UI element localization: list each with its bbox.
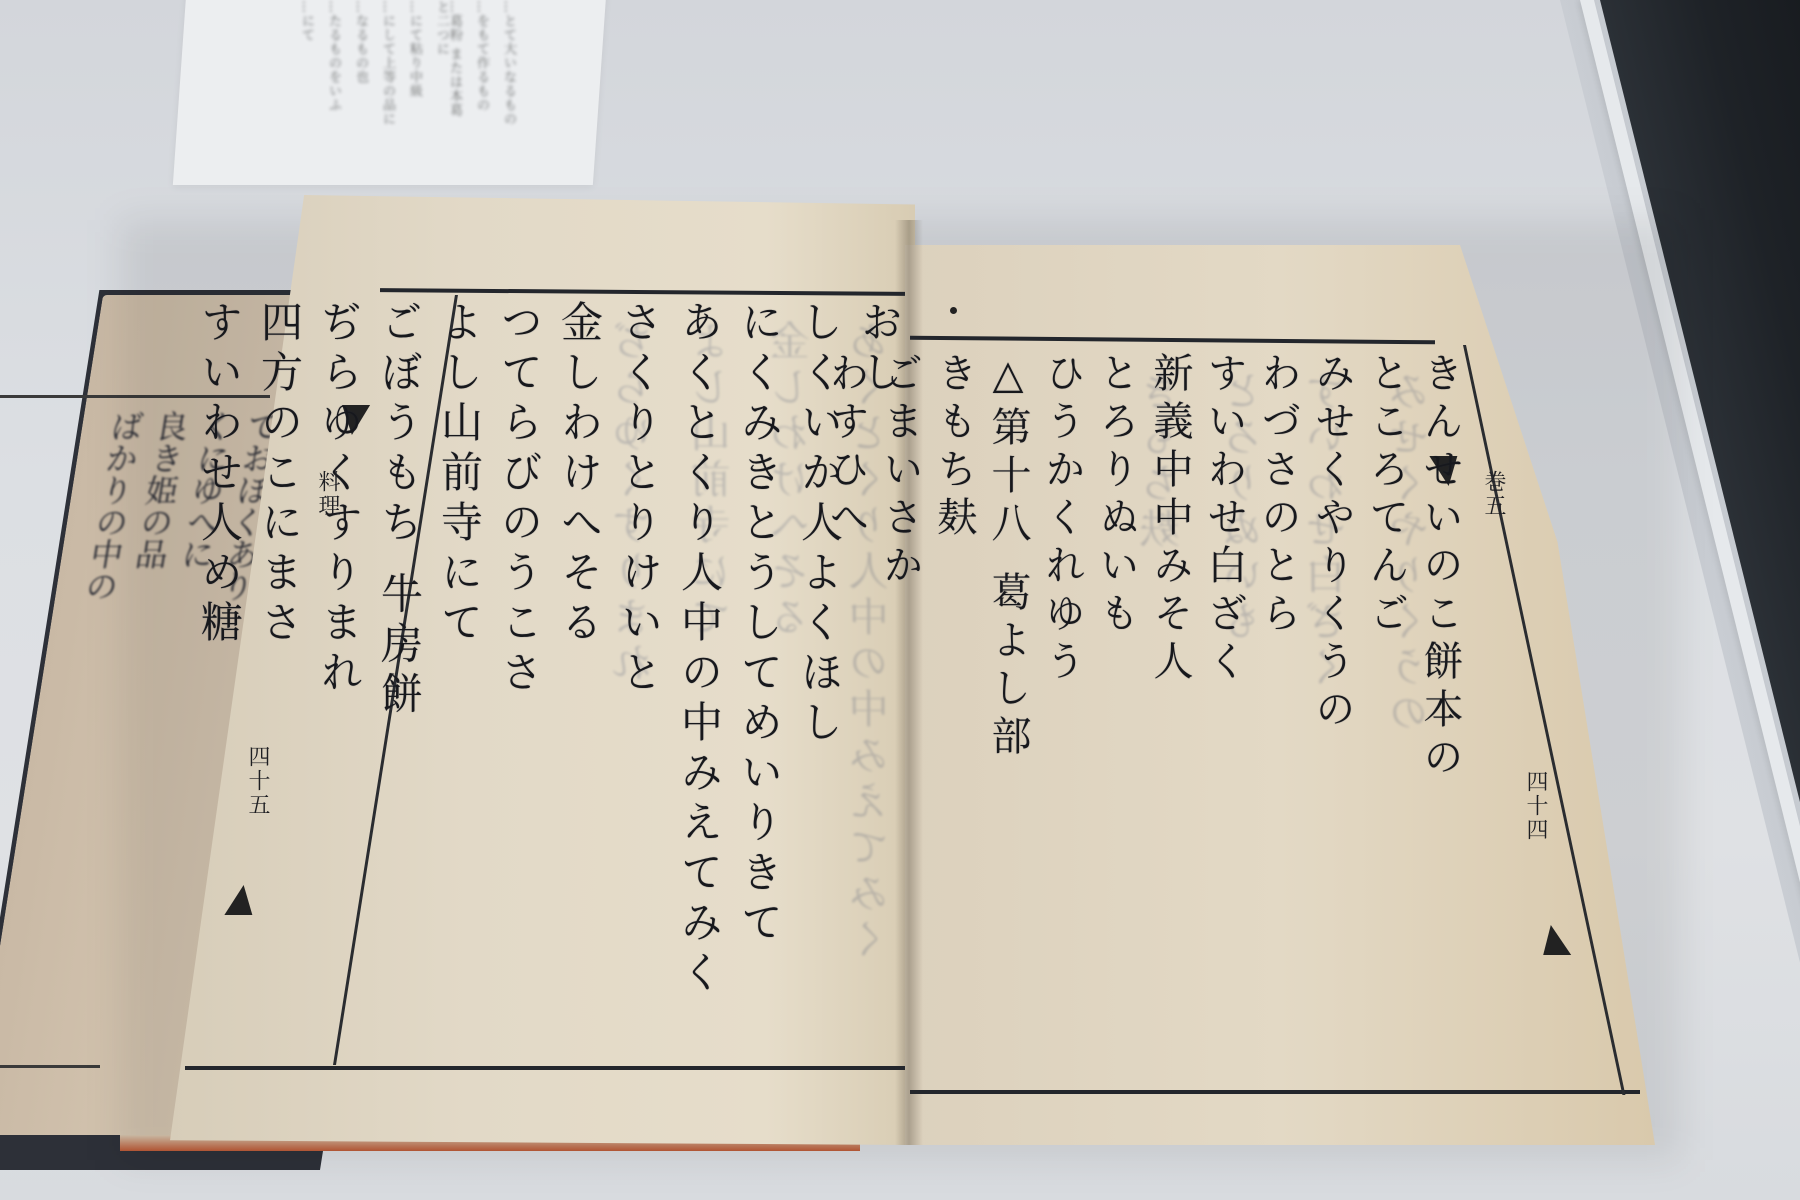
ink-spot	[950, 307, 957, 314]
text-column: わすひへ	[826, 352, 866, 1082]
section-heading: △第十八 葛よし部	[988, 352, 1028, 1082]
caption-text: …とて大いなるもの …をもて作るもの …葛粉 または本葛と二つに …にて粘り中級…	[265, 0, 515, 130]
caption-line: …にて	[300, 0, 313, 130]
caption-line: …なるもの也	[354, 0, 367, 130]
text-column: すいわせ人め糖	[198, 300, 240, 1060]
caption-line: …にて粘り中級	[408, 0, 421, 130]
text-column: 新義中中みそ人	[1150, 352, 1190, 1082]
left-page-margin-title: 料理	[312, 470, 343, 518]
caption-line: …たるものをいふ	[327, 0, 340, 130]
text-column: ごまいさか	[880, 352, 920, 1082]
text-column: ひうかくれゆう	[1042, 352, 1082, 1082]
text-column: きもち麸	[934, 352, 974, 1082]
page-frame-rule	[910, 1090, 1640, 1094]
caption-line: …をもて作るもの	[475, 0, 488, 130]
text-column: ところてんご	[1366, 352, 1406, 1082]
adjacent-book-rule	[0, 1065, 100, 1068]
text-column: すいわせ白ざく	[1204, 352, 1244, 1082]
text-column: あくとくり人中の中みえてみく	[678, 300, 720, 1060]
caption-line: …とて大いなるもの	[502, 0, 515, 130]
text-column: さくりとりけいと	[618, 300, 660, 1060]
caption-line: …にして上等の品に	[381, 0, 394, 130]
text-column: 金しわけへそる	[558, 300, 600, 1060]
text-column: つてらびのうこさ	[498, 300, 540, 1060]
text-column: きんせいのこ餅本の	[1420, 352, 1460, 1082]
right-page-margin-title: 巻五	[1478, 470, 1509, 518]
text-column: わづさのとら	[1258, 352, 1298, 1082]
right-page-text: きんせいのこ餅本の ところてんご みせくやりくうの わづさのとら すいわせ白ざく…	[920, 352, 1460, 1082]
page-frame-rule	[185, 1066, 905, 1070]
text-column: とろりぬいも	[1096, 352, 1136, 1082]
right-page-number: 四十四	[1520, 770, 1551, 842]
caption-line: …葛粉 または本葛と二つに	[435, 0, 461, 130]
text-column: 四方のこにまさ	[258, 300, 300, 1060]
text-column: ぢらゆくすりまれ	[318, 300, 360, 1060]
text-column: にくみきとうしてめいりきて	[738, 300, 780, 1060]
text-column: みせくやりくうの	[1312, 352, 1352, 1082]
text-column: よし山前寺にて	[438, 300, 480, 1060]
recipe-heading: ごぼうもち 牛房餅	[378, 300, 420, 1060]
left-page-text: おし しくいか人よくほし にくみきとうしてめいりきて あくとくり人中の中みえてみ…	[380, 300, 900, 1060]
left-page-number: 四十五	[242, 745, 273, 817]
